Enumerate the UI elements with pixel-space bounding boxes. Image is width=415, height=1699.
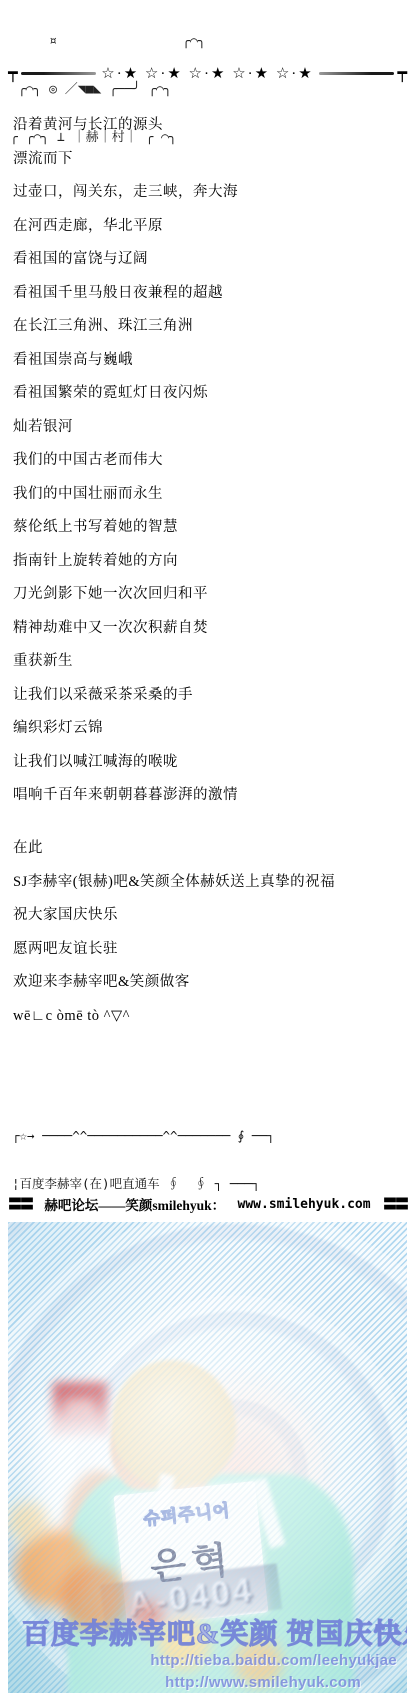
- poem-line: 在河西走廊，华北平原: [13, 219, 405, 234]
- footer-label: 赫吧论坛——笑颜smilehyuk：: [44, 1194, 225, 1214]
- poem-line: 唱响千百年来朝朝暮暮澎湃的激情: [13, 788, 405, 803]
- divider-line-right: [319, 72, 395, 75]
- poem-line: 漂流而下: [13, 152, 405, 167]
- banner-box-line: ¦百度李赫宰(在)吧直通车 ∮ ∮ ┐ ───┐: [12, 1176, 358, 1192]
- poem-line: 编织彩灯云锦: [13, 721, 405, 736]
- divider-left-end: ┯: [8, 67, 18, 81]
- footer-bars-left: 〓〓: [8, 1194, 32, 1214]
- forum-footer: 〓〓 赫吧论坛——笑颜smilehyuk： www.smilehyuk.com …: [8, 1194, 407, 1214]
- poem-line: 愿两吧友谊长驻: [13, 942, 405, 957]
- poem-line: 看祖国繁荣的霓虹灯日夜闪烁: [13, 386, 405, 401]
- footer-bars-right: 〓〓: [383, 1194, 407, 1214]
- star-divider: ┯ ☆·★ ☆·★ ☆·★ ☆·★ ☆·★ ┯: [8, 64, 407, 83]
- poem-line: 让我们以喊江喊海的喉咙: [13, 755, 405, 770]
- divider-stars: ☆·★ ☆·★ ☆·★ ☆·★ ☆·★: [99, 64, 315, 83]
- poem-stanza-2: 我们的中国古老而伟大 我们的中国壮丽而永生 蔡伦纸上书写着她的智慧 指南针上旋转…: [13, 453, 405, 669]
- poem-stanza-greetings: 在此 SJ李赫宰(银赫)吧&笑颜全体赫妖送上真挚的祝福 祝大家国庆快乐 愿两吧友…: [13, 841, 405, 1024]
- poem-line: 刀光剑影下她一次次回归和平: [13, 587, 405, 602]
- divider-line-left: [21, 72, 97, 75]
- poem-line: 看祖国的富饶与辽阔: [13, 252, 405, 267]
- photo: 05 슈퍼주니어 은혁 A-0404 百度李赫宰吧&笑颜 贺国庆快乐 http:…: [8, 1222, 407, 1693]
- poem-line: 重获新生: [13, 654, 405, 669]
- poem-line: 在此: [13, 841, 405, 856]
- poem-line: 精神劫难中又一次次积薪自焚: [13, 621, 405, 636]
- poem: 沿着黄河与长江的源头 漂流而下 过壶口，闯关东，走三峡，奔大海 在河西走廊，华北…: [13, 118, 405, 1042]
- forum-post: ¤ ╭⌒╮ ╭⌒╮ ◎ ／◥■◣ ╭──╯ ╭⌒╮ ╭ ╭⌒╮ ⊥ ｜赫｜村｜ …: [0, 0, 415, 1699]
- header-art-line: ¤ ╭⌒╮: [10, 34, 206, 50]
- poem-line: 过壶口，闯关东，走三峡，奔大海: [13, 185, 405, 200]
- banner-box-line: ┌☆→ ────^^──────────^^─────── ∮ ──┐: [12, 1128, 358, 1144]
- poem-line: 灿若银河: [13, 420, 405, 435]
- photo-overlay-url-smilehyuk: http://www.smilehyuk.com: [165, 1674, 361, 1691]
- poem-line: 欢迎来李赫宰吧&笑颜做客: [13, 975, 405, 990]
- photo-overlay-title: 百度李赫宰吧&笑颜 贺国庆快乐: [22, 1612, 394, 1652]
- poem-line: 在长江三角洲、珠江三角洲: [13, 319, 405, 334]
- poem-stanza-1: 沿着黄河与长江的源头 漂流而下 过壶口，闯关东，走三峡，奔大海 在河西走廊，华北…: [13, 118, 405, 435]
- welcome-line: wē∟c òmē tò ^▽^: [13, 1009, 405, 1024]
- poem-line: 看祖国崇高与巍峨: [13, 353, 405, 368]
- poem-stanza-3: 让我们以采薇采茶采桑的手 编织彩灯云锦 让我们以喊江喊海的喉咙 唱响千百年来朝朝…: [13, 688, 405, 804]
- poem-line: 我们的中国壮丽而永生: [13, 487, 405, 502]
- poem-line: 祝大家国庆快乐: [13, 908, 405, 923]
- photo-overlay-url-tieba: http://tieba.baidu.com/leehyukjae: [150, 1652, 397, 1669]
- footer-url: www.smilehyuk.com: [238, 1197, 371, 1212]
- header-art-line: ╭⌒╮ ◎ ／◥■◣ ╭──╯ ╭⌒╮: [10, 82, 206, 98]
- poem-line: 看祖国千里马般日夜兼程的超越: [13, 286, 405, 301]
- poem-line: 指南针上旋转着她的方向: [13, 554, 405, 569]
- poem-line: 蔡伦纸上书写着她的智慧: [13, 520, 405, 535]
- poem-line: 沿着黄河与长江的源头: [13, 118, 405, 133]
- poem-line: 让我们以采薇采茶采桑的手: [13, 688, 405, 703]
- poem-line: 我们的中国古老而伟大: [13, 453, 405, 468]
- divider-right-end: ┯: [397, 67, 407, 81]
- poem-line: SJ李赫宰(银赫)吧&笑颜全体赫妖送上真挚的祝福: [13, 875, 405, 890]
